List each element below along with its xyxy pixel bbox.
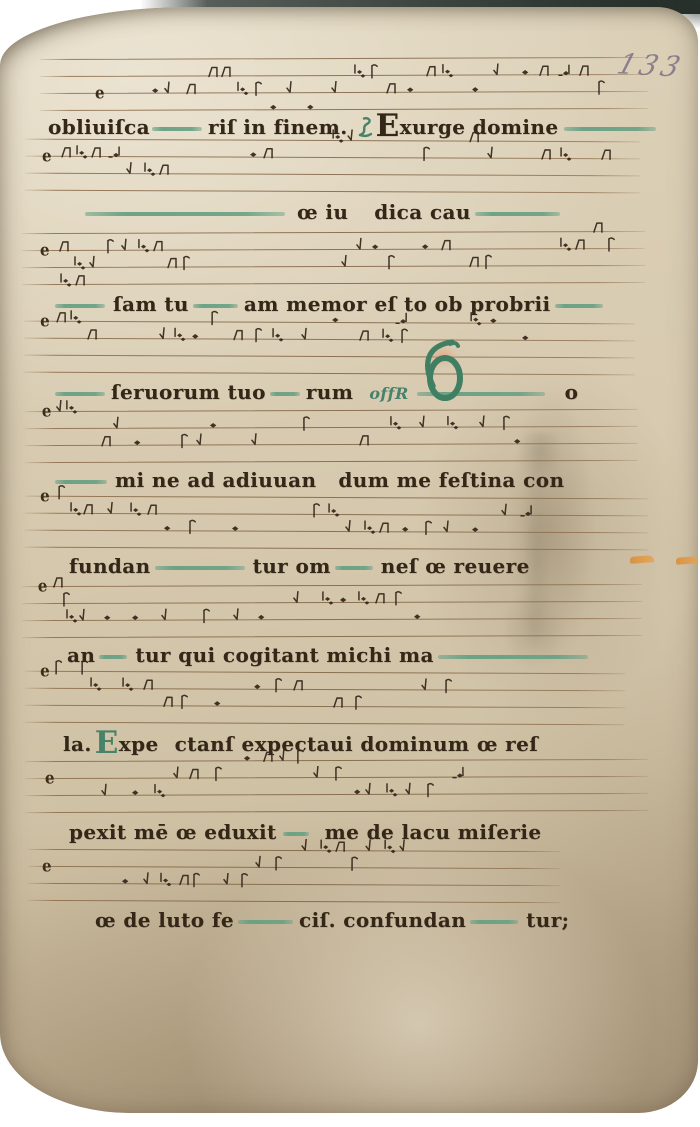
neume-glyph-icon xyxy=(400,520,414,540)
green-line-filler xyxy=(155,566,245,571)
neume-glyph-icon xyxy=(190,327,204,347)
lyric-line: œ de luto feciſ. confundantur; xyxy=(55,908,569,932)
neume-glyph-icon xyxy=(412,608,426,628)
staff-line xyxy=(25,460,638,464)
clef-icon: e xyxy=(45,768,55,788)
neume-glyph-icon xyxy=(146,502,160,522)
staff-line xyxy=(22,282,645,286)
green-line-filler xyxy=(564,127,656,132)
neume-glyph-icon xyxy=(120,239,134,259)
neume-glyph-icon xyxy=(385,255,399,275)
neume-glyph-icon xyxy=(178,694,192,714)
neume-glyph-icon xyxy=(558,147,572,167)
clef-icon: e xyxy=(95,83,105,103)
neume-glyph-icon xyxy=(104,239,118,259)
neume-glyph-icon xyxy=(364,783,378,803)
neume-glyph-icon xyxy=(440,64,454,84)
lyric-line: antur qui cogitant michi ma xyxy=(55,643,588,667)
neume-glyph-icon xyxy=(600,147,614,167)
staff-line xyxy=(25,173,640,177)
neume-glyph-icon xyxy=(294,749,308,769)
neume-glyph-icon xyxy=(558,63,572,83)
staff-line xyxy=(25,810,648,814)
neume-glyph-icon xyxy=(212,695,226,715)
neume-glyph-icon xyxy=(254,856,268,876)
neume-glyph-icon xyxy=(595,80,609,100)
neume-glyph-icon xyxy=(232,608,246,628)
lyric-text: mi ne ad adiuuan xyxy=(115,468,316,492)
neume-glyph-icon xyxy=(330,81,344,101)
neume-glyph-icon xyxy=(478,415,492,435)
neume-glyph-icon xyxy=(208,416,222,436)
neume-glyph-icon xyxy=(332,695,346,715)
neume-glyph-icon xyxy=(420,678,434,698)
neume-glyph-icon xyxy=(162,519,176,539)
staff-system: e xyxy=(25,496,648,558)
staff-system: e xyxy=(25,759,648,820)
neume-glyph-icon xyxy=(180,255,194,275)
neume-glyph-icon xyxy=(404,783,418,803)
clef-icon: e xyxy=(42,856,52,876)
neume-glyph-icon xyxy=(262,146,276,166)
lyric-text: o xyxy=(565,380,579,404)
neume-glyph-icon xyxy=(395,311,409,331)
neume-glyph-icon xyxy=(272,678,286,698)
neume-glyph-icon xyxy=(374,591,388,611)
staff-system: e xyxy=(25,671,625,733)
staff-line xyxy=(25,688,625,692)
staff-line xyxy=(24,372,635,376)
lyric-line: œ iudica cau xyxy=(55,200,560,224)
neume-glyph-icon xyxy=(188,766,202,786)
lyric-text: rum xyxy=(306,380,353,404)
margin-mark xyxy=(676,556,698,565)
neume-glyph-icon xyxy=(74,273,88,293)
lyric-line: mi ne ad adiuuandum me feſtina con xyxy=(55,468,564,492)
neume-glyph-icon xyxy=(270,328,284,348)
lyric-text: tur; xyxy=(526,908,569,932)
neume-glyph-icon xyxy=(102,609,116,629)
neume-glyph-icon xyxy=(470,81,484,101)
manuscript-page: 133 eobliuiſcariſ in finem.Exurge domine… xyxy=(0,7,698,1113)
neume-glyph-icon xyxy=(64,609,78,629)
staff-line xyxy=(25,530,648,534)
neume-glyph-icon xyxy=(320,591,334,611)
neume-glyph-icon xyxy=(380,328,394,348)
neume-glyph-icon xyxy=(55,485,69,505)
neume-glyph-icon xyxy=(352,695,366,715)
neume-glyph-icon xyxy=(78,609,92,629)
neume-glyph-icon xyxy=(58,239,72,259)
neume-glyph-icon xyxy=(384,783,398,803)
neume-glyph-icon xyxy=(208,310,222,330)
neume-glyph-icon xyxy=(212,766,226,786)
green-line-filler xyxy=(335,566,373,571)
lyric-text: œ iu xyxy=(297,200,348,224)
neume-glyph-icon xyxy=(482,254,496,274)
neume-glyph-icon xyxy=(500,504,514,524)
neume-glyph-icon xyxy=(370,238,384,258)
neume-glyph-icon xyxy=(368,64,382,84)
staff-line xyxy=(22,584,642,588)
neume-glyph-icon xyxy=(252,81,266,101)
neume-glyph-icon xyxy=(232,328,246,348)
neume-glyph-icon xyxy=(142,677,156,697)
neume-glyph-icon xyxy=(252,678,266,698)
green-line-filler xyxy=(152,127,202,132)
neume-glyph-icon xyxy=(340,255,354,275)
green-line-filler xyxy=(238,920,293,925)
staff-system: e xyxy=(40,57,648,118)
green-line-filler xyxy=(193,304,238,309)
neume-glyph-icon xyxy=(332,766,346,786)
neume-glyph-icon xyxy=(398,839,412,859)
neume-glyph-icon xyxy=(388,416,402,436)
neume-glyph-icon xyxy=(348,856,362,876)
neume-glyph-icon xyxy=(468,130,482,150)
neume-glyph-icon xyxy=(300,839,314,859)
neume-glyph-icon xyxy=(592,220,606,240)
neume-glyph-icon xyxy=(262,749,276,769)
neume-glyph-icon xyxy=(74,145,88,165)
neume-glyph-icon xyxy=(172,767,186,787)
neume-glyph-icon xyxy=(382,839,396,859)
staff-line xyxy=(25,793,648,797)
green-line-filler xyxy=(99,655,127,660)
staff-line xyxy=(25,190,640,194)
staff-system: e xyxy=(24,321,635,383)
neume-glyph-icon xyxy=(132,434,146,454)
neume-glyph-icon xyxy=(60,145,74,165)
neume-glyph-icon xyxy=(158,162,172,182)
neume-glyph-icon xyxy=(488,312,502,332)
staff-line xyxy=(22,635,642,639)
neume-glyph-icon xyxy=(88,256,102,276)
staff-line xyxy=(40,57,648,61)
neume-glyph-icon xyxy=(330,311,344,331)
neume-glyph-icon xyxy=(292,591,306,611)
neume-glyph-icon xyxy=(358,328,372,348)
neume-glyph-icon xyxy=(486,147,500,167)
staff-line xyxy=(40,108,648,112)
neume-glyph-icon xyxy=(538,63,552,83)
neume-glyph-icon xyxy=(300,328,314,348)
staff-line xyxy=(28,900,560,904)
staff-system: e xyxy=(22,231,645,292)
neume-glyph-icon xyxy=(512,432,526,452)
neume-glyph-icon xyxy=(250,433,264,453)
neume-glyph-icon xyxy=(318,839,332,859)
neume-glyph-icon xyxy=(142,162,156,182)
neume-glyph-icon xyxy=(272,856,286,876)
neume-glyph-icon xyxy=(574,237,588,257)
neume-glyph-icon xyxy=(248,146,262,166)
neume-glyph-icon xyxy=(82,502,96,522)
lyric-line: ſeruorum tuorumoffRo xyxy=(55,380,578,404)
neume-glyph-icon xyxy=(64,400,78,420)
neume-glyph-icon xyxy=(310,503,324,523)
lyric-text: dum me feſtina con xyxy=(338,468,564,492)
neume-glyph-icon xyxy=(150,82,164,102)
neume-glyph-icon xyxy=(238,873,252,893)
staff-line xyxy=(22,265,645,269)
neume-glyph-icon xyxy=(178,433,192,453)
neume-glyph-icon xyxy=(285,81,299,101)
neume-glyph-icon xyxy=(158,872,172,892)
staff-line xyxy=(28,866,560,870)
neume-glyph-icon xyxy=(220,64,234,84)
neume-glyph-icon xyxy=(492,63,506,83)
rubric-offertory: offR xyxy=(369,384,408,403)
neume-glyph-icon xyxy=(142,872,156,892)
lyric-text: pexit mē œ eduxit xyxy=(69,820,277,844)
lyric-text: E xyxy=(376,121,400,131)
neume-glyph-icon xyxy=(520,63,534,83)
lyric-text: la. xyxy=(63,732,92,756)
neume-glyph-icon xyxy=(558,237,572,257)
lyric-text: ſeruorum tuo xyxy=(111,380,266,404)
staff-system: e xyxy=(25,139,640,201)
neume-glyph-icon xyxy=(163,82,177,102)
neume-glyph-icon xyxy=(330,129,344,149)
neume-glyph-icon xyxy=(190,873,204,893)
neume-glyph-icon xyxy=(58,273,72,293)
neume-glyph-icon xyxy=(195,433,209,453)
neume-glyph-icon xyxy=(364,839,378,859)
neume-glyph-icon xyxy=(120,872,134,892)
staff-system: e xyxy=(25,409,638,470)
neume-glyph-icon xyxy=(418,416,432,436)
neume-glyph-icon xyxy=(158,327,172,347)
lyric-text: me de lacu miſerie xyxy=(325,820,542,844)
neume-glyph-icon xyxy=(52,660,66,680)
neume-glyph-icon xyxy=(278,749,292,769)
staff-line xyxy=(25,443,638,447)
neume-glyph-icon xyxy=(385,81,399,101)
green-line-filler xyxy=(55,480,107,485)
neume-glyph-icon xyxy=(358,433,372,453)
lyric-text: dica cau xyxy=(374,200,471,224)
neume-glyph-icon xyxy=(162,694,176,714)
lyric-text: riſ in finem. xyxy=(208,115,348,139)
lyric-text: ciſ. confundan xyxy=(299,908,466,932)
neume-glyph-icon xyxy=(130,784,144,804)
neume-glyph-icon xyxy=(90,145,104,165)
neume-glyph-icon xyxy=(152,239,166,259)
neume-glyph-icon xyxy=(468,254,482,274)
staff-line xyxy=(28,849,560,853)
neume-glyph-icon xyxy=(424,783,438,803)
staff-line xyxy=(24,338,635,342)
staff-line xyxy=(24,355,635,359)
lyric-text: xpe xyxy=(119,732,159,756)
neume-glyph-icon xyxy=(355,238,369,258)
neume-glyph-icon xyxy=(222,873,236,893)
neume-glyph-icon xyxy=(120,677,134,697)
clef-icon: e xyxy=(40,311,50,331)
clef-icon: e xyxy=(38,576,48,596)
staff-line xyxy=(25,409,638,413)
neume-glyph-icon xyxy=(362,520,376,540)
neume-glyph-icon xyxy=(378,520,392,540)
clef-icon: e xyxy=(42,146,52,166)
neume-glyph-icon xyxy=(172,327,186,347)
neume-glyph-icon xyxy=(445,416,459,436)
neume-glyph-icon xyxy=(207,64,221,84)
green-line-filler xyxy=(470,920,518,925)
clef-icon: e xyxy=(40,661,50,681)
neume-glyph-icon xyxy=(235,81,249,101)
neume-glyph-icon xyxy=(420,146,434,166)
neume-glyph-icon xyxy=(520,329,534,349)
neume-glyph-icon xyxy=(185,82,199,102)
neume-glyph-icon xyxy=(452,766,466,786)
neume-glyph-icon xyxy=(136,239,150,259)
neume-glyph-icon xyxy=(442,520,456,540)
green-line-filler xyxy=(55,392,105,397)
initial-d xyxy=(414,334,472,408)
neume-glyph-icon xyxy=(468,312,482,332)
neume-glyph-icon xyxy=(346,129,360,149)
neume-glyph-icon xyxy=(186,519,200,539)
neume-glyph-icon xyxy=(100,784,114,804)
neume-glyph-icon xyxy=(326,503,340,523)
margin-mark xyxy=(630,555,654,564)
staff-line xyxy=(25,547,648,551)
neume-glyph-icon xyxy=(128,502,142,522)
neume-glyph-icon xyxy=(540,147,554,167)
neume-glyph-icon xyxy=(334,839,348,859)
neume-glyph-icon xyxy=(356,591,370,611)
neume-glyph-icon xyxy=(242,749,256,769)
neume-glyph-icon xyxy=(422,520,436,540)
lyric-text: neſ œ reuere xyxy=(381,554,530,578)
green-line-filler xyxy=(475,212,560,217)
clef-icon: e xyxy=(40,240,50,260)
staff-system: e xyxy=(28,849,560,910)
neume-glyph-icon xyxy=(106,502,120,522)
neume-glyph-icon xyxy=(68,502,82,522)
neume-glyph-icon xyxy=(86,327,100,347)
neume-glyph-icon xyxy=(292,678,306,698)
neume-glyph-icon xyxy=(125,162,139,182)
green-line-filler xyxy=(555,304,603,309)
initial-capital: E xyxy=(95,738,119,748)
lyric-text: œ de luto fe xyxy=(95,908,234,932)
lyric-text: obliuiſca xyxy=(48,115,150,139)
neume-glyph-icon xyxy=(338,591,352,611)
lyric-line: pexit mē œ eduxitme de lacu miſerie xyxy=(55,820,542,844)
staff-line xyxy=(22,231,645,235)
staff-system: e xyxy=(22,584,642,645)
neume-glyph-icon xyxy=(405,81,419,101)
neume-glyph-icon xyxy=(166,256,180,276)
neume-glyph-icon xyxy=(352,64,366,84)
neume-glyph-icon xyxy=(108,145,122,165)
neume-glyph-icon xyxy=(578,63,592,83)
neume-glyph-icon xyxy=(88,677,102,697)
clef-icon: e xyxy=(40,486,50,506)
neume-glyph-icon xyxy=(300,416,314,436)
staff-line xyxy=(25,705,625,709)
green-line-filler xyxy=(438,655,588,660)
neume-glyph-icon xyxy=(68,310,82,330)
neume-glyph-icon xyxy=(520,504,534,524)
neume-glyph-icon xyxy=(160,609,174,629)
neume-glyph-icon xyxy=(152,784,166,804)
lyric-line: fundantur omneſ œ reuere xyxy=(55,554,530,578)
lyric-text: tur qui cogitant michi ma xyxy=(135,643,434,667)
neume-glyph-icon xyxy=(420,238,434,258)
lyric-line: ſam tuam memor eſ to ob probrii xyxy=(55,292,603,316)
neume-glyph-icon xyxy=(344,520,358,540)
lyric-text: fundan xyxy=(69,554,151,578)
lyric-text: ctanſ expectaui dominum œ reſ xyxy=(175,732,539,756)
lyric-text: tur om xyxy=(253,554,331,578)
neume-glyph-icon xyxy=(112,417,126,437)
clef-icon: e xyxy=(42,401,52,421)
neume-glyph-icon xyxy=(605,237,619,257)
green-line-filler xyxy=(283,832,309,837)
green-line-filler xyxy=(270,392,300,397)
neume-glyph-icon xyxy=(55,310,69,330)
lyric-text: ſam tu xyxy=(113,292,189,316)
neume-glyph-icon xyxy=(440,238,454,258)
neume-glyph-icon xyxy=(252,328,266,348)
neume-glyph-icon xyxy=(130,609,144,629)
neume-glyph-icon xyxy=(256,608,270,628)
staff-line xyxy=(28,883,560,887)
neume-glyph-icon xyxy=(392,591,406,611)
staff-line xyxy=(40,74,648,78)
neume-glyph-icon xyxy=(442,679,456,699)
neume-glyph-icon xyxy=(200,608,214,628)
neume-glyph-icon xyxy=(312,766,326,786)
neume-glyph-icon xyxy=(425,64,439,84)
neume-glyph-icon xyxy=(230,520,244,540)
green-line-filler xyxy=(85,212,285,217)
green-line-filler xyxy=(55,304,105,309)
neume-glyph-icon xyxy=(470,521,484,541)
